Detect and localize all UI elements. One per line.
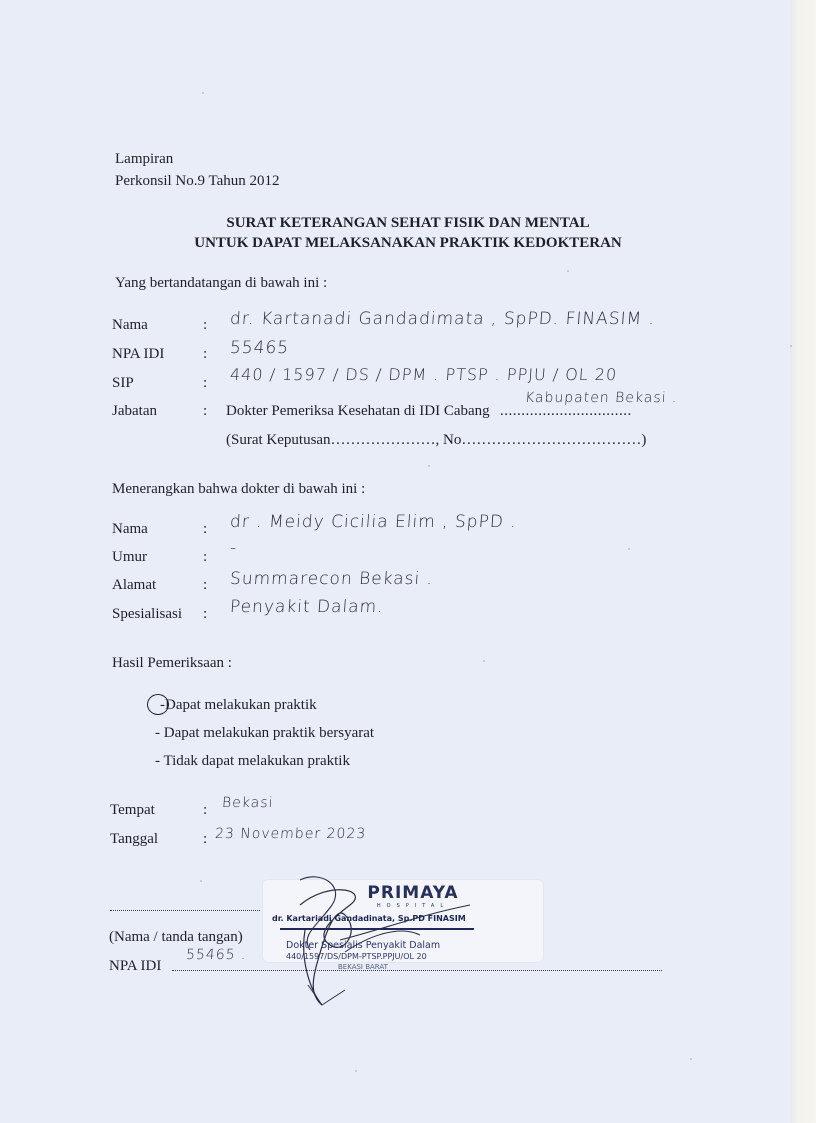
stamp-city: BEKASI BARAT <box>338 963 388 971</box>
signer-npa-value[interactable]: 55465 <box>229 338 289 358</box>
colon: : <box>203 548 207 566</box>
signer-name-label: Nama <box>112 316 148 334</box>
stamp-specialty: Dokter Spesialis Penyakit Dalam <box>286 940 440 951</box>
result-option-practice[interactable]: -Dapat melakukan praktik <box>160 696 317 714</box>
subject-name-label: Nama <box>112 520 148 538</box>
paper-edge <box>790 0 816 1123</box>
result-label: Hasil Pemeriksaan : <box>112 654 232 672</box>
colon: : <box>203 402 207 420</box>
subject-intro: Menerangkan bahwa dokter di bawah ini : <box>112 480 365 498</box>
subject-address-value[interactable]: Summarecon Bekasi . <box>229 569 433 589</box>
signer-npa-label: NPA IDI <box>112 345 164 363</box>
appendix-label: Lampiran <box>115 150 173 168</box>
colon: : <box>203 520 207 538</box>
result-option-conditional[interactable]: - Dapat melakukan praktik bersyarat <box>155 724 374 742</box>
signer-name-value[interactable]: dr. Kartanadi Gandadimata , SpPD. FINASI… <box>229 309 655 329</box>
colon: : <box>203 830 207 848</box>
place-value[interactable]: Bekasi <box>221 795 274 811</box>
signer-sip-value[interactable]: 440 / 1597 / DS / DPM . PTSP . PPJU / OL… <box>229 365 618 384</box>
document-title-line2: UNTUK DAPAT MELAKSANAKAN PRAKTIK KEDOKTE… <box>0 233 816 253</box>
signature-line <box>110 910 260 911</box>
surat-keputusan-line: (Surat Keputusan…………………, No………………………………) <box>226 431 646 449</box>
subject-specialty-value[interactable]: Penyakit Dalam. <box>229 597 384 617</box>
colon: : <box>203 316 207 334</box>
subject-address-label: Alamat <box>112 576 156 594</box>
colon: : <box>203 374 207 392</box>
stamp-divider <box>280 928 474 930</box>
signer-sip-label: SIP <box>112 374 134 392</box>
hospital-logo: PRIMAYA <box>262 883 544 903</box>
subject-age-value[interactable]: - <box>229 538 238 558</box>
regulation-reference: Perkonsil No.9 Tahun 2012 <box>115 172 280 190</box>
stamp-sip: 440/1597/DS/DPM-PTSP.PPJU/OL 20 <box>286 952 427 961</box>
idi-branch-value[interactable]: Kabupaten Bekasi . <box>524 390 678 406</box>
hospital-logo-subtitle: HOSPITAL <box>262 903 544 909</box>
doctor-stamp: PRIMAYA HOSPITAL dr. Kartariadi Gandadin… <box>262 879 544 963</box>
signer-position-value: Dokter Pemeriksa Kesehatan di IDI Cabang <box>226 402 490 420</box>
colon: : <box>203 605 207 623</box>
npa-dotted-line <box>172 970 662 971</box>
name-sign-label: (Nama / tanda tangan) <box>109 928 243 946</box>
document-title-line1: SURAT KETERANGAN SEHAT FISIK DAN MENTAL <box>0 213 816 233</box>
npa-idi-label: NPA IDI <box>109 957 161 975</box>
place-label: Tempat <box>110 801 155 819</box>
signer-intro: Yang bertandatangan di bawah ini : <box>115 274 327 292</box>
npa-idi-value[interactable]: 55465 . <box>185 947 247 963</box>
colon: : <box>203 801 207 819</box>
date-label: Tanggal <box>110 830 158 848</box>
result-option-no-practice[interactable]: - Tidak dapat melakukan praktik <box>155 752 350 770</box>
date-value[interactable]: 23 November 2023 <box>214 826 366 842</box>
stamp-doctor-name: dr. Kartariadi Gandadinata, Sp.PD FINASI… <box>272 914 466 923</box>
colon: : <box>203 576 207 594</box>
colon: : <box>203 345 207 363</box>
subject-age-label: Umur <box>112 548 147 566</box>
signer-position-label: Jabatan <box>112 402 157 420</box>
subject-name-value[interactable]: dr . Meidy Cicilia Elim , SpPD . <box>229 512 517 532</box>
subject-specialty-label: Spesialisasi <box>112 605 182 623</box>
